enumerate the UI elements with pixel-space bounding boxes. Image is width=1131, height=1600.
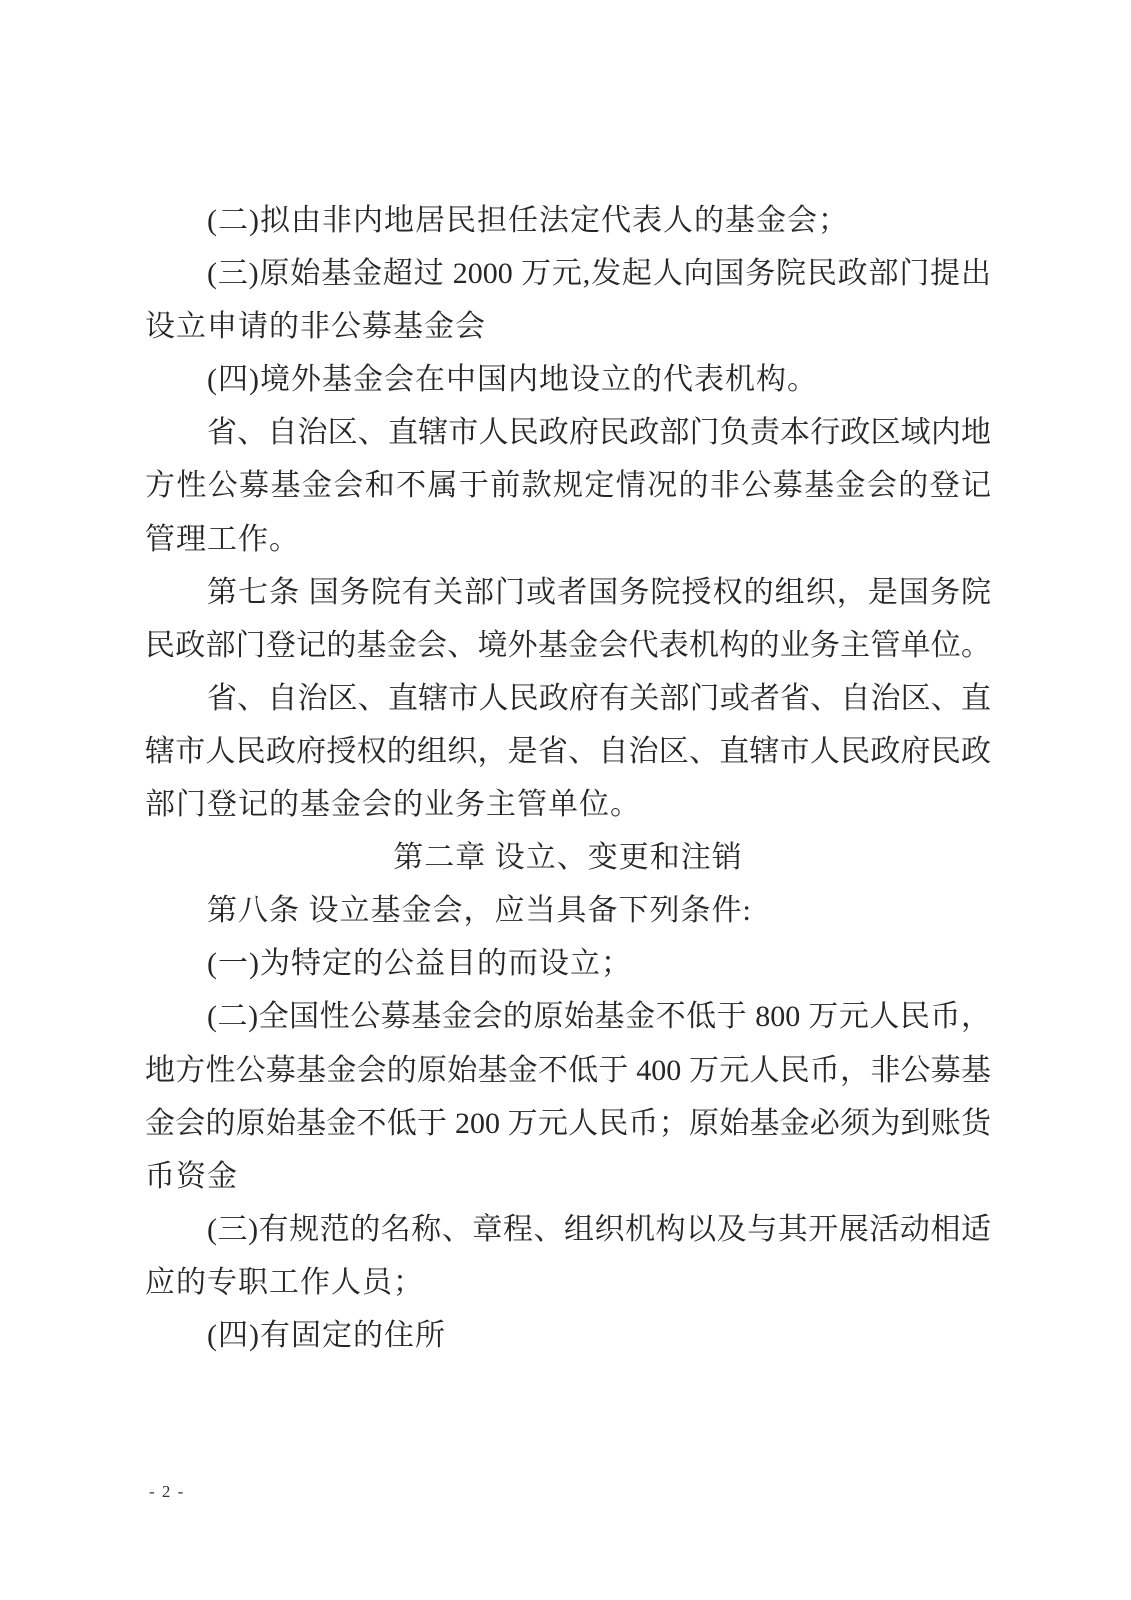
text-line: (四)有固定的住所 — [145, 1309, 991, 1362]
text-line: 金会的原始基金不低于 200 万元人民币；原始基金必须为到账货 — [145, 1097, 991, 1150]
text-line: 省、自治区、直辖市人民政府有关部门或者省、自治区、直 — [145, 672, 991, 725]
text-line: 地方性公募基金会的原始基金不低于 400 万元人民币，非公募基 — [145, 1044, 991, 1097]
text-line: 管理工作。 — [145, 513, 991, 566]
document-page: (二)拟由非内地居民担任法定代表人的基金会； (三)原始基金超过 2000 万元… — [0, 0, 1131, 1600]
page-number: - 2 - — [149, 1482, 185, 1502]
text-line: 辖市人民政府授权的组织，是省、自治区、直辖市人民政府民政 — [145, 725, 991, 778]
text-line: (四)境外基金会在中国内地设立的代表机构。 — [145, 353, 991, 406]
chapter-heading: 第二章 设立、变更和注销 — [145, 831, 991, 884]
text-line: 应的专职工作人员； — [145, 1256, 991, 1309]
text-line: (三)有规范的名称、章程、组织机构以及与其开展活动相适 — [145, 1203, 991, 1256]
text-block: (二)拟由非内地居民担任法定代表人的基金会； (三)原始基金超过 2000 万元… — [145, 194, 991, 1362]
text-line: 民政部门登记的基金会、境外基金会代表机构的业务主管单位。 — [145, 619, 991, 672]
text-line: 方性公募基金会和不属于前款规定情况的非公募基金会的登记 — [145, 459, 991, 512]
text-line: 省、自治区、直辖市人民政府民政部门负责本行政区域内地 — [145, 406, 991, 459]
text-line: 设立申请的非公募基金会 — [145, 300, 991, 353]
text-line: 第七条 国务院有关部门或者国务院授权的组织，是国务院 — [145, 566, 991, 619]
text-line: (一)为特定的公益目的而设立； — [145, 937, 991, 990]
text-line: 第八条 设立基金会，应当具备下列条件: — [145, 884, 991, 937]
text-line: (三)原始基金超过 2000 万元,发起人向国务院民政部门提出 — [145, 247, 991, 300]
text-line: 币资金 — [145, 1150, 991, 1203]
text-line: (二)拟由非内地居民担任法定代表人的基金会； — [145, 194, 991, 247]
text-line: (二)全国性公募基金会的原始基金不低于 800 万元人民币， — [145, 990, 991, 1043]
text-line: 部门登记的基金会的业务主管单位。 — [145, 778, 991, 831]
